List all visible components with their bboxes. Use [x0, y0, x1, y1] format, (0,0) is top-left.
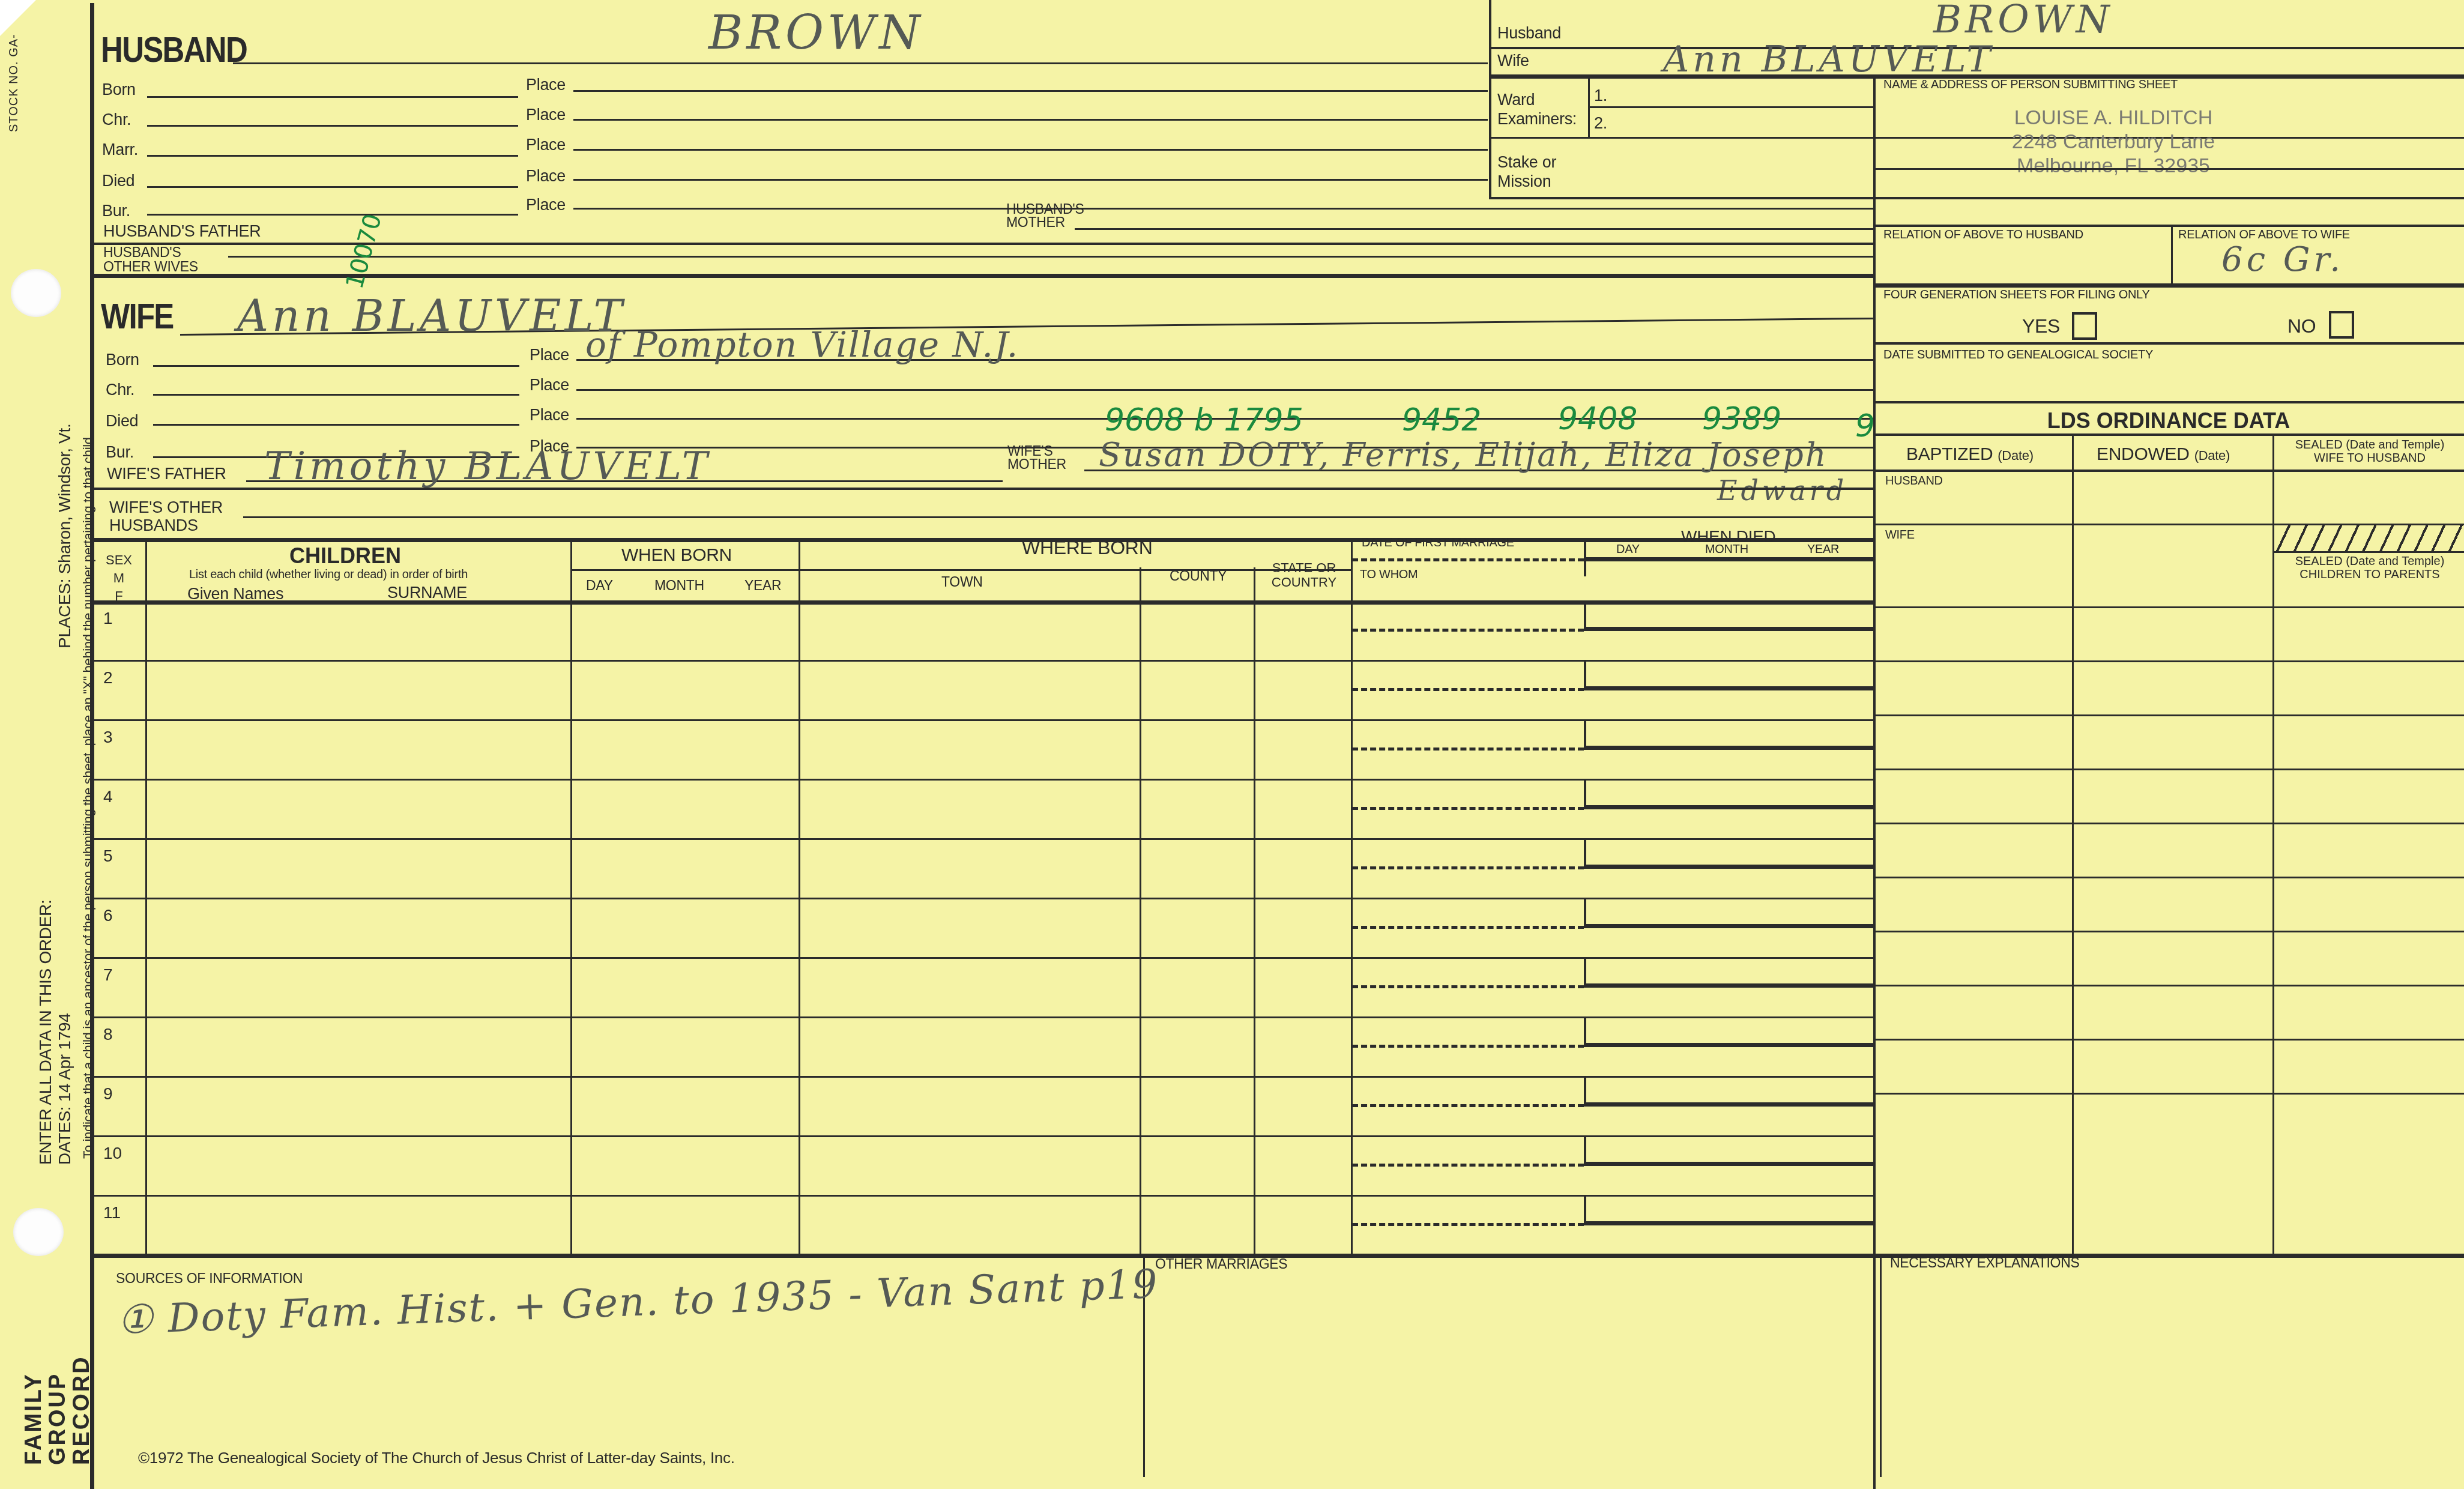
- county-header: COUNTY: [1170, 568, 1227, 584]
- husband-name-line: [233, 62, 1488, 64]
- death-date-line[interactable]: [1584, 865, 1873, 869]
- marriage-date-line[interactable]: [1352, 985, 1584, 988]
- born-day-header: DAY: [586, 578, 613, 594]
- lds-row-divider: [1873, 877, 2464, 878]
- four-generation-label: FOUR GENERATION SHEETS FOR FILING ONLY: [1883, 288, 2149, 302]
- divider: [1584, 660, 1586, 689]
- stake-mission-label: Stake or Mission: [1497, 153, 1556, 191]
- lds-row-divider: [1873, 823, 2464, 824]
- sex-header: SEX M F: [101, 551, 137, 605]
- town-header: TOWN: [941, 574, 983, 590]
- death-date-line[interactable]: [1584, 746, 1873, 750]
- husband-died-place-line[interactable]: [573, 179, 1488, 181]
- born-year-header: YEAR: [744, 578, 781, 594]
- wife-born-date-line[interactable]: [153, 365, 519, 367]
- lds-husband-row-label: HUSBAND: [1885, 474, 1943, 488]
- divider: [1873, 342, 2464, 345]
- where-born-header: WHERE BORN: [1022, 537, 1152, 559]
- born-month-header: MONTH: [654, 578, 704, 594]
- husband-mother-line[interactable]: [1075, 228, 1873, 230]
- row-divider: [91, 1135, 1873, 1137]
- punch-hole: [13, 1208, 64, 1256]
- row-divider: [91, 779, 1873, 781]
- row-divider: [91, 1076, 1873, 1078]
- death-date-line[interactable]: [1584, 924, 1873, 928]
- divider: [91, 488, 1873, 490]
- marriage-date-line[interactable]: [1352, 1104, 1584, 1107]
- lds-row-divider: [1873, 606, 2464, 608]
- date-submitted-label: DATE SUBMITTED TO GENEALOGICAL SOCIETY: [1883, 348, 2153, 362]
- husband-chr-place-line[interactable]: [573, 119, 1488, 121]
- surname-header: SURNAME: [387, 584, 467, 602]
- no-checkbox[interactable]: [2329, 311, 2354, 339]
- divider: [2171, 226, 2173, 285]
- wife-other-husbands-label: WIFE'S OTHER HUSBANDS: [109, 498, 223, 534]
- child-row-number: 1: [103, 609, 113, 628]
- to-whom-header: TO WHOM: [1360, 568, 1418, 582]
- child-row-number: 6: [103, 906, 113, 925]
- death-date-line[interactable]: [1584, 805, 1873, 809]
- row-divider: [91, 838, 1873, 840]
- marriage-date-line[interactable]: [1352, 1045, 1584, 1048]
- yes-label: YES: [2022, 315, 2060, 337]
- divider: [2072, 433, 2074, 1255]
- places-example: PLACES: Sharon, Windsor, Vt.: [55, 424, 74, 648]
- right-column-border: [1873, 76, 1876, 1489]
- submitter-label: NAME & ADDRESS OF PERSON SUBMITTING SHEE…: [1883, 78, 2178, 92]
- punch-hole: [11, 269, 61, 317]
- child-row-number: 9: [103, 1084, 113, 1104]
- section-divider-wife-children: [91, 538, 1873, 542]
- divider: [1873, 283, 2464, 288]
- left-border: [90, 3, 94, 1489]
- marriage-date-line[interactable]: [1352, 1164, 1584, 1167]
- state-country-header: STATE OR COUNTRY: [1266, 561, 1342, 590]
- examiner-2[interactable]: 2.: [1594, 114, 1607, 133]
- child-row-number: 11: [103, 1203, 121, 1222]
- wife-other-husbands-line[interactable]: [243, 516, 1873, 518]
- divider: [1584, 1135, 1586, 1164]
- marriage-date-line[interactable]: [1352, 748, 1584, 751]
- divider: [1873, 225, 2464, 227]
- row-divider: [91, 1195, 1873, 1197]
- marriage-date-line[interactable]: [1352, 866, 1584, 869]
- wife-born-place-value[interactable]: of Pompton Village N.J.: [585, 324, 1019, 365]
- child-row-number: 7: [103, 965, 113, 985]
- husband-other-wives-line[interactable]: [228, 256, 1873, 258]
- explanations-label: NECESSARY EXPLANATIONS: [1890, 1255, 2080, 1271]
- divider: [1873, 433, 2464, 436]
- sealed-wife-header: SEALED (Date and Temple) WIFE TO HUSBAND: [2275, 438, 2464, 465]
- lds-row-divider: [1873, 660, 2464, 662]
- husband-died-date-line[interactable]: [147, 186, 518, 188]
- child-row-number: 2: [103, 668, 113, 687]
- husband-chr-date-line[interactable]: [147, 125, 518, 127]
- divider: [1880, 1255, 1882, 1477]
- row-divider: [91, 957, 1873, 959]
- wife-name-value[interactable]: Ann BLAUVELT: [237, 291, 626, 341]
- died-month-header: MONTH: [1705, 543, 1748, 557]
- sealed-children-header: SEALED (Date and Temple) CHILDREN TO PAR…: [2275, 555, 2464, 581]
- divider: [2272, 551, 2464, 553]
- child-row-number: 3: [103, 728, 113, 747]
- lds-wife-row-label: WIFE: [1885, 528, 1915, 542]
- dashed-line: [1352, 558, 1584, 561]
- marriage-date-line[interactable]: [1352, 688, 1584, 691]
- death-date-line[interactable]: [1584, 627, 1873, 631]
- row-divider: [91, 719, 1873, 721]
- divider: [2272, 433, 2274, 1255]
- divider: [1584, 1016, 1586, 1045]
- died-year-header: YEAR: [1807, 543, 1839, 557]
- wife-father-value[interactable]: Timothy BLAUVELT: [264, 444, 711, 489]
- sources-label: SOURCES OF INFORMATION: [116, 1270, 303, 1287]
- divider: [1489, 197, 2464, 199]
- relation-wife-value[interactable]: 6c Gr.: [2221, 240, 2344, 279]
- first-marriage-header: DATE OF FIRST MARRIAGE: [1362, 536, 1514, 550]
- divider: [1873, 470, 2464, 472]
- child-row-number: 8: [103, 1025, 113, 1044]
- header-box-left-border: [1489, 0, 1491, 198]
- divider: [1588, 106, 1873, 108]
- divider: [1584, 719, 1586, 748]
- child-row-number: 10: [103, 1144, 122, 1163]
- marriage-date-line[interactable]: [1352, 1223, 1584, 1226]
- wife-heading: WIFE: [101, 295, 174, 337]
- death-date-line[interactable]: [1584, 1162, 1873, 1166]
- husband-mother-label: HUSBAND'S MOTHER: [1006, 202, 1084, 229]
- wife-mother-value-line2[interactable]: Edward: [1717, 474, 1847, 507]
- husband-heading: HUSBAND: [101, 29, 247, 70]
- death-date-line[interactable]: [1584, 1221, 1873, 1225]
- marriage-date-line[interactable]: [1352, 926, 1584, 929]
- submitter-stamp[interactable]: LOUISE A. HILDITCH 2248 Canterbury Lane …: [1975, 106, 2251, 178]
- lds-row-divider: [1873, 1093, 2464, 1095]
- no-label: NO: [2287, 315, 2316, 337]
- row-divider: [91, 1016, 1873, 1018]
- hatched-area: [2274, 525, 2464, 551]
- lds-row-divider: [1873, 1039, 2464, 1040]
- husband-father-label: HUSBAND'S FATHER: [103, 222, 261, 241]
- child-row-number: 5: [103, 847, 113, 866]
- wife-died-date-line[interactable]: [153, 424, 519, 426]
- children-title: CHILDREN: [289, 543, 401, 569]
- form-title: FAMILY GROUP RECORD: [22, 1355, 94, 1465]
- marriage-date-line[interactable]: [1352, 629, 1584, 632]
- child-row-number: 4: [103, 787, 113, 806]
- husband-bur-place-line[interactable]: [573, 208, 1873, 210]
- wife-chr-place-line[interactable]: [576, 389, 1873, 391]
- row-divider: [91, 660, 1873, 662]
- lds-row-divider: [1873, 714, 2464, 716]
- wife-mother-value[interactable]: Susan DOTY, Ferris, Elijah, Eliza Joseph: [1099, 436, 1828, 474]
- divider: [570, 569, 1351, 571]
- husband-born-date-line[interactable]: [147, 96, 518, 98]
- husband-marr-date-line[interactable]: [147, 155, 518, 157]
- col-county-divider: [1254, 567, 1255, 1255]
- dates-example: DATES: 14 Apr 1794: [55, 1013, 74, 1165]
- divider: [1873, 168, 2464, 170]
- examiner-1[interactable]: 1.: [1594, 86, 1607, 105]
- children-subtitle: List each child (whether living or dead)…: [189, 568, 468, 582]
- divider: [1584, 557, 1873, 561]
- copyright: ©1972 The Genealogical Society of The Ch…: [138, 1449, 735, 1467]
- divider: [1584, 1195, 1586, 1224]
- header-husband-label: Husband: [1497, 24, 1561, 43]
- death-date-line[interactable]: [1584, 983, 1873, 988]
- endowed-header: ENDOWED (Date): [2097, 444, 2230, 465]
- row-divider: [91, 898, 1873, 899]
- children-header-bottom: [91, 600, 1873, 605]
- divider: [1584, 600, 1586, 629]
- wife-chr-date-line[interactable]: [153, 394, 519, 396]
- divider: [1584, 898, 1586, 926]
- death-date-line[interactable]: [1584, 1043, 1873, 1047]
- lds-title: LDS ORDINANCE DATA: [1873, 408, 2464, 433]
- wife-father-label: WIFE'S FATHER: [107, 465, 226, 483]
- husband-marr-place-line[interactable]: [573, 149, 1488, 151]
- marriage-date-line[interactable]: [1352, 807, 1584, 810]
- divider: [1584, 1076, 1586, 1105]
- ward-examiners-label: Ward Examiners:: [1497, 90, 1577, 128]
- yes-checkbox[interactable]: [2072, 312, 2097, 340]
- col-town-divider: [1140, 567, 1141, 1255]
- torn-corner: [0, 0, 36, 36]
- header-husband-value[interactable]: BROWN: [1933, 0, 2113, 42]
- husband-name-value[interactable]: BROWN: [708, 6, 923, 60]
- other-marriages-label: OTHER MARRIAGES: [1155, 1256, 1287, 1272]
- stock-number: STOCK NO. GA-: [7, 34, 21, 132]
- enter-order-instruction: ENTER ALL DATA IN THIS ORDER:: [36, 900, 55, 1165]
- relation-husband-label: RELATION OF ABOVE TO HUSBAND: [1883, 228, 2083, 242]
- husband-bur-date-line[interactable]: [147, 214, 518, 216]
- divider: [1584, 838, 1586, 867]
- lds-row-divider: [1873, 931, 2464, 932]
- husband-other-wives-label: HUSBAND'S OTHER WIVES: [103, 245, 198, 274]
- death-date-line[interactable]: [1584, 1102, 1873, 1107]
- divider: [1584, 779, 1586, 808]
- header-wife-label: Wife: [1497, 52, 1529, 70]
- when-born-header: WHEN BORN: [621, 545, 732, 566]
- death-date-line[interactable]: [1584, 686, 1873, 690]
- lds-row-divider: [1873, 985, 2464, 986]
- wife-id-number: 10070: [341, 211, 387, 292]
- baptized-header: BAPTIZED (Date): [1906, 444, 2034, 465]
- lds-row-divider: [1873, 769, 2464, 770]
- divider: [1584, 957, 1586, 986]
- husband-born-place-line[interactable]: [573, 90, 1488, 92]
- divider: [1873, 401, 2464, 403]
- died-day-header: DAY: [1616, 543, 1640, 557]
- wife-mother-label: WIFE'S MOTHER: [1007, 444, 1066, 471]
